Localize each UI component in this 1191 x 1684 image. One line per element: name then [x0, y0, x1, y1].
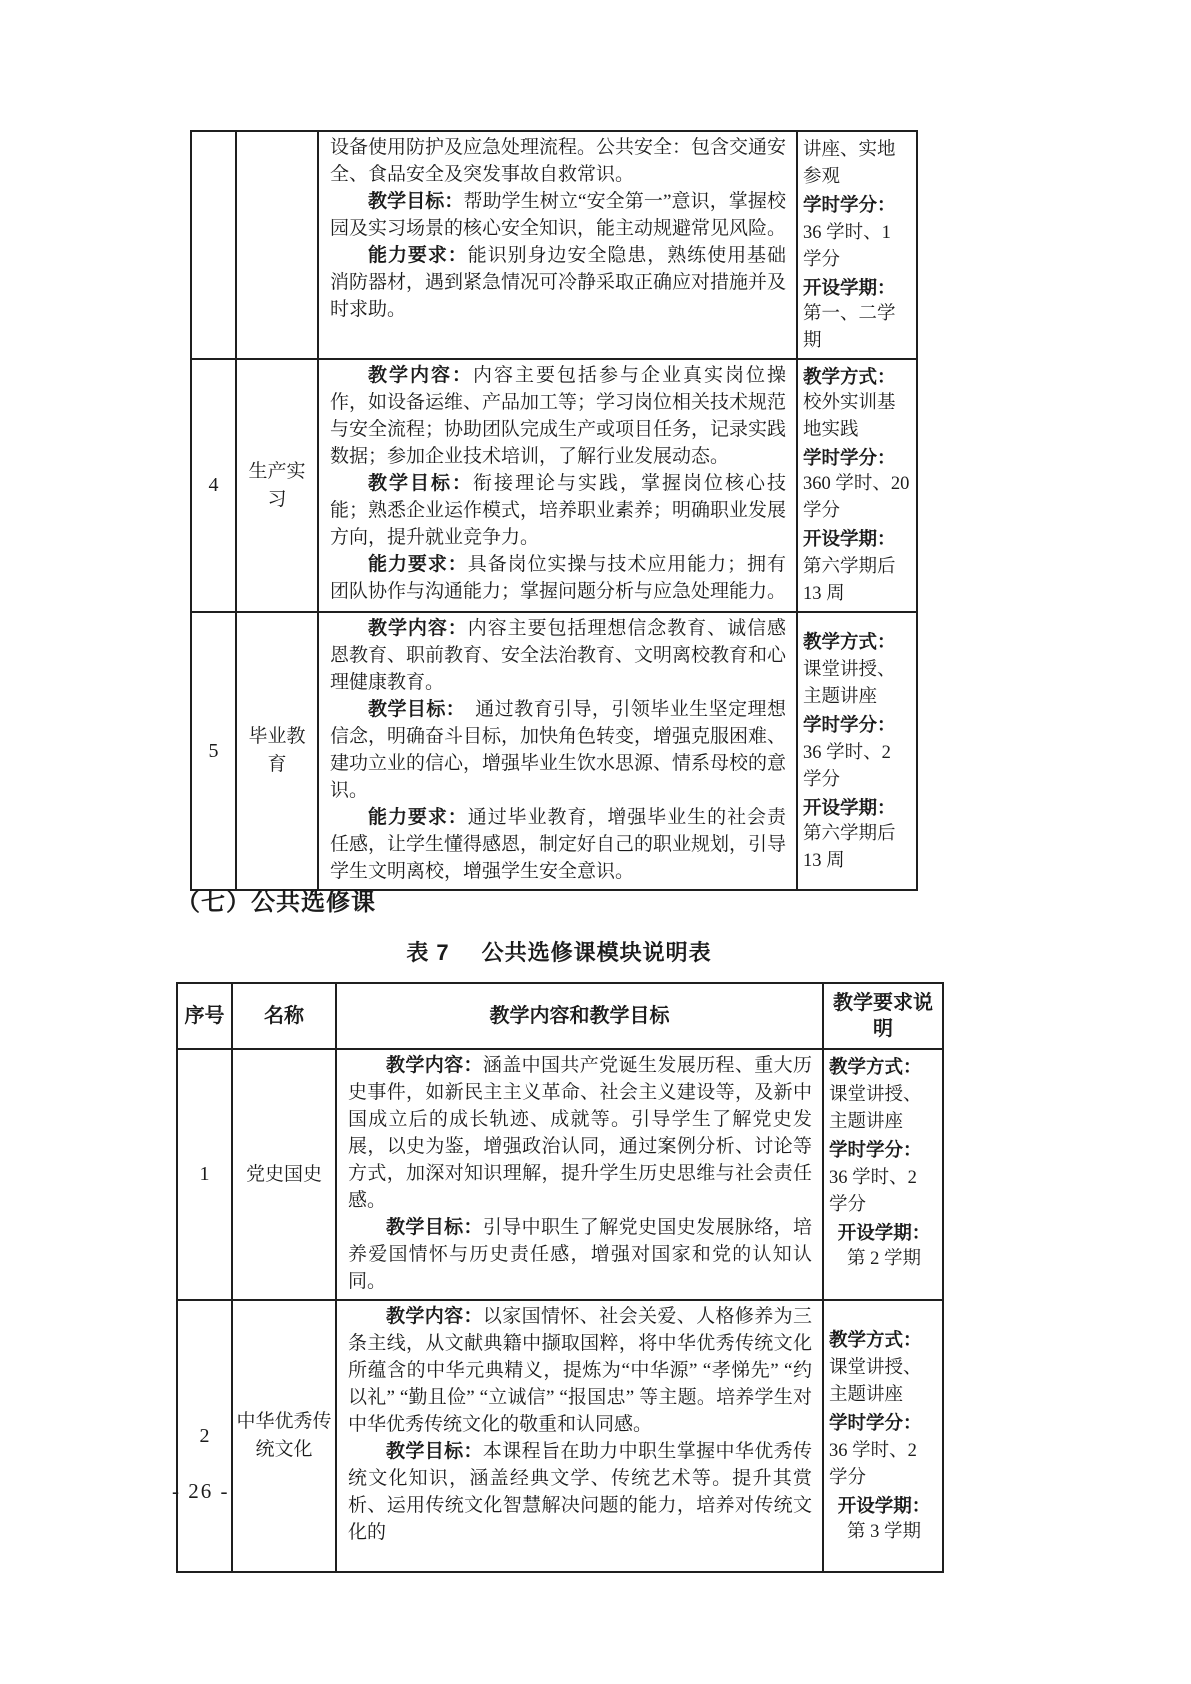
paragraph-label: 教学内容： — [386, 1055, 483, 1076]
seq-cell: 1 — [177, 1049, 232, 1300]
requirement-item: 开设学期：第 3 学期 — [829, 1492, 939, 1546]
content-cell: 设备使用防护及应急处理流程。公共安全：包含交通安全、食品安全及突发事故自救常识。… — [318, 131, 797, 359]
requirement-label: 学时学分： — [803, 194, 896, 215]
content-cell: 教学内容：涵盖中国共产党诞生发展历程、重大历史事件，如新民主主义革命、社会主义建… — [336, 1049, 823, 1300]
name-cell: 毕业教育 — [236, 612, 318, 890]
requirement-item: 讲座、实地参观 — [803, 135, 913, 191]
seq-value: 4 — [209, 474, 219, 496]
requirement-text: 课堂讲授、主题讲座 — [829, 1085, 922, 1132]
requirement-text: 36 学时、2 学分 — [829, 1441, 917, 1488]
seq-value: 2 — [200, 1425, 210, 1447]
teaching-goal-paragraph: 教学目标：帮助学生树立“安全第一”意识，掌握校园及实习场景的核心安全知识，能主动… — [330, 188, 786, 242]
paragraph-label: 教学内容： — [386, 1306, 483, 1327]
requirement-label: 开设学期： — [803, 274, 913, 301]
course-name: 毕业教育 — [248, 726, 305, 775]
requirement-text: 第 3 学期 — [847, 1522, 921, 1542]
course-name: 生产实习 — [248, 461, 305, 510]
requirement-item: 教学方式：校外实训基地实践 — [803, 363, 913, 444]
paragraph-label: 能力要求： — [368, 807, 468, 828]
requirement-label: 教学方式： — [803, 363, 913, 390]
course-table-continued: 设备使用防护及应急处理流程。公共安全：包含交通安全、食品安全及突发事故自救常识。… — [190, 130, 918, 891]
paragraph-label: 能力要求： — [368, 245, 468, 266]
requirement-text: 讲座、实地参观 — [803, 140, 896, 187]
seq-cell: 5 — [191, 612, 236, 890]
requirement-item: 开设学期：第六学期后 13 周 — [803, 525, 913, 608]
content-cell: 教学内容：内容主要包括参与企业真实岗位操作，如设备运维、产品加工等；学习岗位相关… — [318, 359, 797, 612]
ability-requirement-paragraph: 能力要求：通过毕业教育，增强毕业生的社会责任感，让学生懂得感恩，制定好自己的职业… — [330, 804, 786, 885]
ability-requirement-paragraph: 能力要求：具备岗位实操与技术应用能力；拥有团队协作与沟通能力；掌握问题分析与应急… — [330, 551, 786, 605]
requirement-text: 课堂讲授、主题讲座 — [803, 660, 896, 707]
requirement-item: 学时学分：36 学时、1 学分 — [803, 191, 913, 274]
teaching-content-paragraph: 教学内容：内容主要包括理想信念教育、诚信感恩教育、职前教育、安全法治教育、文明离… — [330, 615, 786, 696]
requirement-label: 教学方式： — [829, 1056, 922, 1077]
requirement-label: 学时学分： — [803, 714, 896, 735]
requirement-item: 开设学期：第一、二学期 — [803, 274, 913, 355]
requirement-item: 教学方式：课堂讲授、主题讲座 — [829, 1053, 939, 1136]
teaching-goal-paragraph: 教学目标：引导中职生了解党史国史发展脉络，培养爱国情怀与历史责任感，增强对国家和… — [348, 1214, 812, 1295]
document-page: 设备使用防护及应急处理流程。公共安全：包含交通安全、食品安全及突发事故自救常识。… — [0, 0, 1191, 1684]
table-row-2: 2 中华优秀传统文化 教学内容：以家国情怀、社会关爱、人格修养为三条主线，从文献… — [177, 1300, 943, 1572]
teaching-content-paragraph: 教学内容：以家国情怀、社会关爱、人格修养为三条主线，从文献典籍中撷取国粹，将中华… — [348, 1303, 812, 1438]
table-caption: 表 7 公共选修课模块说明表 — [176, 936, 942, 967]
course-name: 中华优秀传统文化 — [236, 1411, 331, 1460]
seq-cell — [191, 131, 236, 359]
requirement-cell: 教学方式：课堂讲授、主题讲座 学时学分：36 学时、2 学分 开设学期：第六学期… — [797, 612, 917, 890]
header-row: 序号 名称 教学内容和教学目标 教学要求说明 — [177, 983, 943, 1049]
requirement-cell: 教学方式：课堂讲授、主题讲座 学时学分：36 学时、2 学分 开设学期：第 3 … — [823, 1300, 943, 1572]
table-row-5: 5 毕业教育 教学内容：内容主要包括理想信念教育、诚信感恩教育、职前教育、安全法… — [191, 612, 917, 890]
teaching-content-paragraph: 教学内容：涵盖中国共产党诞生发展历程、重大历史事件，如新民主主义革命、社会主义建… — [348, 1052, 812, 1214]
seq-cell: 4 — [191, 359, 236, 612]
requirement-label: 开设学期： — [803, 528, 896, 549]
requirement-item: 学时学分：36 学时、2 学分 — [803, 711, 913, 794]
requirement-label: 教学方式： — [829, 1329, 922, 1350]
requirement-item: 教学方式：课堂讲授、主题讲座 — [803, 628, 913, 711]
requirement-label: 开设学期： — [803, 794, 913, 821]
paragraph-text: 涵盖中国共产党诞生发展历程、重大历史事件，如新民主主义革命、社会主义建设等，及新… — [348, 1055, 812, 1211]
name-cell — [236, 131, 318, 359]
teaching-goal-paragraph: 教学目标：衔接理论与实践，掌握岗位核心技能；熟悉企业运作模式，培养职业素养；明确… — [330, 470, 786, 551]
requirement-label: 学时学分： — [829, 1412, 922, 1433]
paragraph-label: 教学内容： — [368, 365, 473, 386]
elective-course-table: 序号 名称 教学内容和教学目标 教学要求说明 1 党史国史 教学内容：涵盖中国共… — [176, 982, 944, 1573]
header-content: 教学内容和教学目标 — [336, 983, 823, 1049]
requirement-label: 学时学分： — [803, 444, 913, 471]
requirement-text: 360 学时、20 学分 — [803, 474, 909, 521]
content-cell: 教学内容：以家国情怀、社会关爱、人格修养为三条主线，从文献典籍中撷取国粹，将中华… — [336, 1300, 823, 1572]
requirement-item: 学时学分：36 学时、2 学分 — [829, 1136, 939, 1219]
ability-requirement-paragraph: 能力要求：能识别身边安全隐患，熟练使用基础消防器材，遇到紧急情况可冷静采取正确应… — [330, 242, 786, 323]
requirement-text: 第 2 学期 — [847, 1249, 921, 1269]
paragraph-label: 能力要求： — [368, 554, 468, 575]
teaching-content-paragraph: 教学内容：内容主要包括参与企业真实岗位操作，如设备运维、产品加工等；学习岗位相关… — [330, 362, 786, 470]
table-row-4: 4 生产实习 教学内容：内容主要包括参与企业真实岗位操作，如设备运维、产品加工等… — [191, 359, 917, 612]
table-number: 表 7 — [406, 936, 449, 967]
content-cell: 教学内容：内容主要包括理想信念教育、诚信感恩教育、职前教育、安全法治教育、文明离… — [318, 612, 797, 890]
requirement-label: 学时学分： — [829, 1139, 922, 1160]
header-name: 名称 — [232, 983, 336, 1049]
paragraph-label: 教学目标： — [368, 699, 456, 720]
requirement-text: 第六学期后 13 周 — [803, 557, 896, 604]
seq-value: 5 — [209, 740, 219, 762]
requirement-label: 开设学期： — [829, 1219, 939, 1246]
paragraph-label: 教学目标： — [368, 473, 473, 494]
requirement-text: 第一、二学期 — [803, 304, 896, 351]
requirement-item: 教学方式：课堂讲授、主题讲座 — [829, 1326, 939, 1409]
content-paragraph: 设备使用防护及应急处理流程。公共安全：包含交通安全、食品安全及突发事故自救常识。 — [330, 134, 786, 188]
requirement-text: 36 学时、2 学分 — [829, 1168, 917, 1215]
header-requirement: 教学要求说明 — [823, 983, 943, 1049]
requirement-text: 第六学期后 13 周 — [803, 824, 896, 871]
seq-cell: 2 — [177, 1300, 232, 1572]
table-row-1: 1 党史国史 教学内容：涵盖中国共产党诞生发展历程、重大历史事件，如新民主主义革… — [177, 1049, 943, 1300]
requirement-item: 学时学分：36 学时、2 学分 — [829, 1409, 939, 1492]
name-cell: 中华优秀传统文化 — [232, 1300, 336, 1572]
table-row-continued: 设备使用防护及应急处理流程。公共安全：包含交通安全、食品安全及突发事故自救常识。… — [191, 131, 917, 359]
name-cell: 生产实习 — [236, 359, 318, 612]
name-cell: 党史国史 — [232, 1049, 336, 1300]
requirement-text: 36 学时、2 学分 — [803, 743, 891, 790]
paragraph-text: 设备使用防护及应急处理流程。公共安全：包含交通安全、食品安全及突发事故自救常识。 — [330, 137, 786, 185]
requirement-item: 开设学期：第六学期后 13 周 — [803, 794, 913, 875]
requirement-text: 课堂讲授、主题讲座 — [829, 1358, 922, 1405]
requirement-text: 校外实训基地实践 — [803, 393, 896, 440]
requirement-label: 教学方式： — [803, 631, 896, 652]
header-seq: 序号 — [177, 983, 232, 1049]
teaching-goal-paragraph: 教学目标：本课程旨在助力中职生掌握中华优秀传统文化知识，涵盖经典文学、传统艺术等… — [348, 1438, 812, 1546]
requirement-cell: 教学方式：课堂讲授、主题讲座 学时学分：36 学时、2 学分 开设学期：第 2 … — [823, 1049, 943, 1300]
teaching-goal-paragraph: 教学目标： 通过教育引导，引领毕业生坚定理想信念，明确奋斗目标，加快角色转变，增… — [330, 696, 786, 804]
table-title: 公共选修课模块说明表 — [482, 936, 712, 967]
paragraph-label: 教学目标： — [386, 1441, 483, 1462]
requirement-cell: 讲座、实地参观 学时学分：36 学时、1 学分 开设学期：第一、二学期 — [797, 131, 917, 359]
requirement-item: 学时学分：360 学时、20 学分 — [803, 444, 913, 525]
requirement-label: 开设学期： — [829, 1492, 939, 1519]
requirement-item: 开设学期：第 2 学期 — [829, 1219, 939, 1273]
paragraph-label: 教学内容： — [368, 618, 468, 639]
requirement-text: 36 学时、1 学分 — [803, 223, 891, 270]
paragraph-label: 教学目标： — [368, 191, 463, 212]
course-name: 党史国史 — [246, 1164, 322, 1185]
page-number: - 26 - — [172, 1479, 230, 1504]
seq-value: 1 — [200, 1163, 210, 1185]
requirement-cell: 教学方式：校外实训基地实践 学时学分：360 学时、20 学分 开设学期：第六学… — [797, 359, 917, 612]
section-heading: （七）公共选修课 — [176, 882, 376, 917]
paragraph-label: 教学目标： — [386, 1217, 483, 1238]
